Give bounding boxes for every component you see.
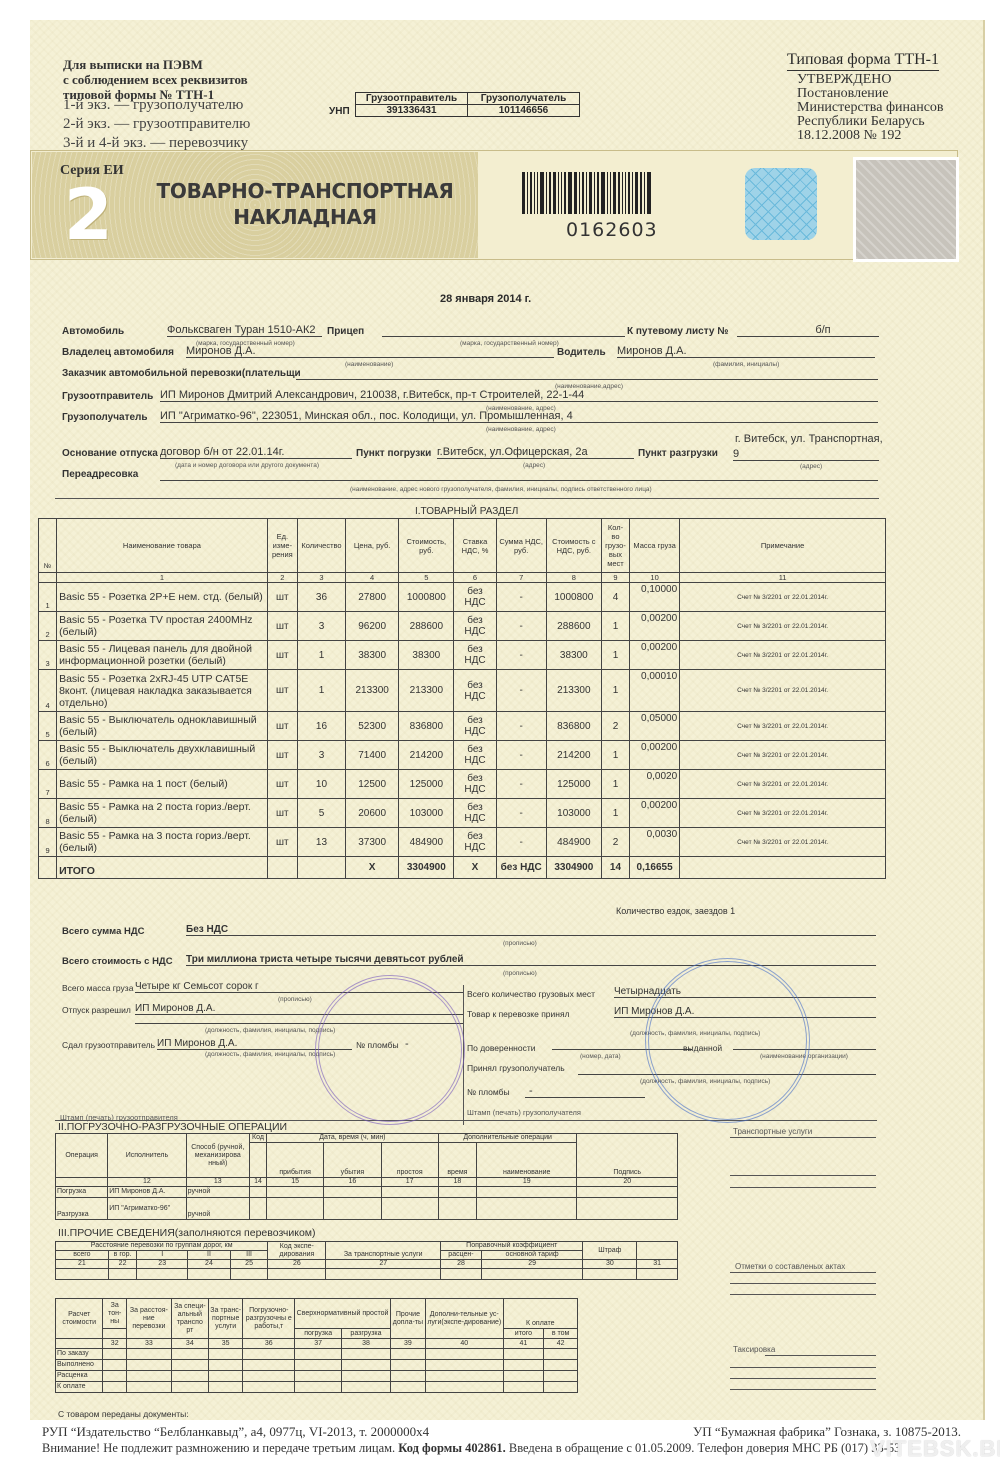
table-cell — [503, 1382, 544, 1393]
table-cell — [544, 1360, 578, 1371]
column-header: Ставка НДС, % — [454, 519, 496, 573]
table-cell: 10 — [630, 573, 680, 583]
vehicle-field[interactable]: Фольксваген Туран 1510-АК2 — [167, 324, 322, 337]
table-cell — [208, 1382, 243, 1393]
table-cell: 36 — [243, 1339, 295, 1349]
consignee-field[interactable]: ИП "Агриматко-96", 223051, Минская обл.,… — [160, 410, 878, 423]
table-cell — [56, 1178, 108, 1187]
table-cell — [390, 1349, 425, 1360]
table-cell: Basic 55 - Рамка на 2 поста гориз./верт.… — [57, 799, 268, 828]
table-cell: 1 — [39, 583, 57, 612]
table-cell: 0,00200 — [630, 641, 680, 670]
goods-header-row: №Наименование товараЕд. изме-ренияКоличе… — [39, 519, 886, 573]
table-cell: 288600 — [399, 612, 454, 641]
table-cell: 35 — [208, 1339, 243, 1349]
table-row: Расценка — [56, 1371, 578, 1382]
table-cell: без НДС — [454, 799, 496, 828]
table-cell — [103, 1360, 127, 1371]
table-cell: 1 — [601, 670, 629, 712]
table-cell: 9 — [601, 573, 629, 583]
table-cell — [126, 1371, 171, 1382]
table-cell: 20600 — [346, 799, 399, 828]
table-cell: 34 — [171, 1339, 208, 1349]
basis-field[interactable]: договор б/н от 22.01.14г. — [160, 446, 352, 459]
table-cell: 1 — [297, 670, 345, 712]
table-cell: - — [496, 770, 546, 799]
table-cell: 22 — [108, 1260, 136, 1269]
table-cell: шт — [267, 741, 297, 770]
table-cell — [297, 857, 345, 879]
table-cell: 0,00200 — [630, 741, 680, 770]
table-cell: 4 — [601, 583, 629, 612]
table-row: 4Basic 55 - Розетка 2xRJ-45 UTP CAT5E 8к… — [39, 670, 886, 712]
table-cell — [544, 1371, 578, 1382]
footer-warning: Внимание! Не подлежит размножению и пере… — [42, 1441, 900, 1456]
table-cell: без НДС — [454, 583, 496, 612]
table-cell: 6 — [454, 573, 496, 583]
table-cell — [39, 857, 57, 879]
table-cell: 8 — [39, 799, 57, 828]
table-cell — [544, 1349, 578, 1360]
table-cell: 0,00200 — [630, 799, 680, 828]
table-cell — [425, 1349, 503, 1360]
table-cell: 9 — [39, 828, 57, 857]
redirect-field[interactable] — [160, 467, 878, 481]
table-cell: Basic 55 - Выключатель одноклавишный (бе… — [57, 712, 268, 741]
table-cell: Basic 55 - Розетка 2P+E нем. стд. (белый… — [57, 583, 268, 612]
waybill-field[interactable]: б/п — [737, 324, 879, 337]
table-cell: 213300 — [546, 670, 601, 712]
operations-column-numbers: 121314151617181920 — [56, 1178, 678, 1187]
table-cell: 28 — [441, 1260, 482, 1269]
table-cell: Basic 55 - Рамка на 3 поста гориз./верт.… — [57, 828, 268, 857]
document-date: 28 января 2014 г. — [440, 293, 531, 305]
table-cell: 38300 — [399, 641, 454, 670]
table-cell — [342, 1382, 391, 1393]
table-cell — [295, 1360, 342, 1371]
trailer-field[interactable] — [382, 324, 625, 337]
table-cell: без НДС — [454, 712, 496, 741]
table-cell — [390, 1371, 425, 1382]
column-header: Стоимость, руб. — [399, 519, 454, 573]
table-cell — [126, 1349, 171, 1360]
goods-column-numbers: 1234567891011 — [39, 573, 886, 583]
table-cell: - — [496, 828, 546, 857]
column-header: Количество — [297, 519, 345, 573]
table-cell — [126, 1360, 171, 1371]
divider — [55, 498, 879, 499]
column-header: Примечание — [680, 519, 886, 573]
table-cell: - — [496, 712, 546, 741]
table-cell: - — [496, 612, 546, 641]
table-cell: без НДС — [454, 741, 496, 770]
table-cell — [390, 1382, 425, 1393]
table-cell — [390, 1360, 425, 1371]
table-cell — [425, 1382, 503, 1393]
copy-number: 2 — [64, 180, 113, 250]
barcode — [522, 172, 653, 214]
table-cell: 214200 — [399, 741, 454, 770]
table-cell: шт — [267, 641, 297, 670]
table-cell: 1000800 — [399, 583, 454, 612]
table-cell: 5 — [39, 712, 57, 741]
table-cell: 836800 — [546, 712, 601, 741]
table-cell — [208, 1360, 243, 1371]
table-cell — [243, 1349, 295, 1360]
table-cell: 36 — [297, 583, 345, 612]
table-cell — [425, 1360, 503, 1371]
table-cell: 3 — [297, 612, 345, 641]
table-cell: 1 — [297, 641, 345, 670]
owner-field[interactable]: Миронов Д.А. — [186, 345, 554, 358]
table-cell: 0,16655 — [630, 857, 680, 879]
table-cell — [243, 1371, 295, 1382]
table-row: 2Basic 55 - Розетка TV простая 2400MHz (… — [39, 612, 886, 641]
table-cell: 16 — [297, 712, 345, 741]
table-cell: Счет № 3/2201 от 22.01.2014г. — [680, 641, 886, 670]
table-cell: без НДС — [454, 670, 496, 712]
column-header: Кол-во грузо-вых мест — [601, 519, 629, 573]
table-row: Разгрузка ИП "Агриматко-96" ручной — [56, 1198, 678, 1220]
table-cell — [267, 857, 297, 879]
table-cell: 18 — [438, 1178, 476, 1187]
table-cell: Расценка — [56, 1371, 103, 1382]
table-cell: 3 — [39, 641, 57, 670]
consignee-unp: 101146656 — [468, 105, 580, 117]
table-cell: 19 — [476, 1178, 576, 1187]
table-cell — [342, 1360, 391, 1371]
table-cell: без НДС — [454, 770, 496, 799]
total-row: ИТОГОX3304900Xбез НДС3304900140,16655 — [39, 857, 886, 879]
table-cell: 37300 — [346, 828, 399, 857]
shipper-field[interactable]: ИП Миронов Дмитрий Александрович, 210038… — [160, 389, 878, 402]
table-cell — [243, 1382, 295, 1393]
table-cell: 30 — [583, 1260, 637, 1269]
table-cell: 288600 — [546, 612, 601, 641]
table-cell: Счет № 3/2201 от 22.01.2014г. — [680, 828, 886, 857]
table-cell: X — [454, 857, 496, 879]
table-cell: 213300 — [399, 670, 454, 712]
copy-distribution: 1-й экз. — грузополучателю 2-й экз. — гр… — [63, 96, 250, 153]
table-cell: Счет № 3/2201 от 22.01.2014г. — [680, 670, 886, 712]
table-cell — [171, 1382, 208, 1393]
table-cell — [171, 1371, 208, 1382]
table-cell: - — [496, 741, 546, 770]
table-cell: 29 — [481, 1260, 583, 1269]
table-cell: шт — [267, 828, 297, 857]
table-cell: - — [496, 583, 546, 612]
table-cell — [295, 1382, 342, 1393]
table-cell: 125000 — [546, 770, 601, 799]
operations-table: Операция Исполнитель Способ (ручной, мех… — [55, 1133, 678, 1220]
column-header: Наименование товара — [57, 519, 268, 573]
table-cell: шт — [267, 712, 297, 741]
table-cell — [171, 1360, 208, 1371]
table-cell — [295, 1371, 342, 1382]
table-cell: 12500 — [346, 770, 399, 799]
column-header: Стоимость с НДС, руб. — [546, 519, 601, 573]
table-row: 5Basic 55 - Выключатель одноклавишный (б… — [39, 712, 886, 741]
table-cell — [503, 1349, 544, 1360]
table-row: 8Basic 55 - Рамка на 2 поста гориз./верт… — [39, 799, 886, 828]
table-cell: Выполнено — [56, 1360, 103, 1371]
table-cell: 96200 — [346, 612, 399, 641]
other-section-title: III.ПРОЧИЕ СВЕДЕНИЯ(заполняются перевозч… — [58, 1227, 316, 1239]
table-cell: 24 — [188, 1260, 231, 1269]
table-cell — [425, 1371, 503, 1382]
cost-calculation-table: Расчет стоимости За тон-ны За расстоя-ни… — [55, 1298, 578, 1393]
table-cell: 5 — [399, 573, 454, 583]
column-header: № — [39, 519, 57, 573]
table-cell: 2 — [601, 828, 629, 857]
table-cell: Счет № 3/2201 от 22.01.2014г. — [680, 741, 886, 770]
table-cell: 15 — [267, 1178, 324, 1187]
table-cell: 103000 — [399, 799, 454, 828]
table-cell — [103, 1349, 127, 1360]
consignee-stamp-icon — [645, 958, 810, 1123]
table-cell: 6 — [39, 741, 57, 770]
table-cell: X — [346, 857, 399, 879]
approval-block: УТВЕРЖДЕНО Постановление Министерства фи… — [797, 73, 944, 143]
table-cell: 16 — [324, 1178, 381, 1187]
table-cell: Счет № 3/2201 от 22.01.2014г. — [680, 712, 886, 741]
customer-field[interactable] — [296, 366, 878, 380]
table-cell: 214200 — [546, 741, 601, 770]
table-cell: 0,10000 — [630, 583, 680, 612]
table-cell: 41 — [503, 1339, 544, 1349]
table-cell: 0,0020 — [630, 770, 680, 799]
table-cell — [680, 857, 886, 879]
goods-section-title: I.ТОВАРНЫЙ РАЗДЕЛ — [415, 506, 518, 517]
table-cell: 7 — [496, 573, 546, 583]
form-type-title: Типовая форма ТТН-1 — [787, 51, 939, 71]
other-info-table: Расстояние перевозки по группам дорог, к… — [55, 1241, 678, 1280]
table-cell: 26 — [268, 1260, 326, 1269]
table-cell: Basic 55 - Розетка TV простая 2400MHz (б… — [57, 612, 268, 641]
table-cell: 10 — [297, 770, 345, 799]
document-number: 0162603 — [566, 219, 658, 241]
table-cell: 38 — [342, 1339, 391, 1349]
hologram-icon — [745, 168, 817, 240]
table-cell: шт — [267, 583, 297, 612]
table-cell: - — [496, 641, 546, 670]
table-cell: 38300 — [346, 641, 399, 670]
security-watermark-icon — [853, 157, 959, 262]
table-row: 9Basic 55 - Рамка на 3 поста гориз./верт… — [39, 828, 886, 857]
table-cell — [171, 1349, 208, 1360]
table-cell — [342, 1371, 391, 1382]
table-cell: ИТОГО — [57, 857, 268, 879]
table-cell: 32 — [103, 1339, 127, 1349]
table-cell: Счет № 3/2201 от 22.01.2014г. — [680, 770, 886, 799]
table-cell: 11 — [680, 573, 886, 583]
table-cell: без НДС — [454, 641, 496, 670]
table-cell: 7 — [39, 770, 57, 799]
shipper-stamp-icon — [315, 975, 465, 1125]
table-cell — [103, 1371, 127, 1382]
table-cell: 38300 — [546, 641, 601, 670]
table-row: Погрузка ИП Миронов Д.А. ручной — [56, 1187, 678, 1198]
column-header: Ед. изме-рения — [267, 519, 297, 573]
table-cell: без НДС — [454, 828, 496, 857]
site-watermark: VITEBSK.BIZ — [870, 1436, 1000, 1462]
table-cell: 17 — [381, 1178, 438, 1187]
table-cell: - — [496, 799, 546, 828]
table-cell: Basic 55 - Выключатель двухклавишный (бе… — [57, 741, 268, 770]
column-header: Цена, руб. — [346, 519, 399, 573]
table-cell: 21 — [56, 1260, 109, 1269]
trips-count: Количество ездок, заездов 1 — [616, 906, 735, 916]
table-cell: 3 — [297, 741, 345, 770]
table-cell: 0,05000 — [630, 712, 680, 741]
table-cell: без НДС — [454, 612, 496, 641]
table-row: 7Basic 55 - Рамка на 1 пост (белый)шт101… — [39, 770, 886, 799]
table-cell: 23 — [137, 1260, 188, 1269]
goods-table: №Наименование товараЕд. изме-ренияКоличе… — [38, 518, 886, 879]
table-row: Выполнено — [56, 1360, 578, 1371]
table-cell: 2 — [39, 612, 57, 641]
table-cell: 1 — [601, 770, 629, 799]
table-cell — [243, 1360, 295, 1371]
table-cell: 4 — [39, 670, 57, 712]
table-cell: 27 — [326, 1260, 441, 1269]
table-cell: 4 — [346, 573, 399, 583]
table-cell: По заказу — [56, 1349, 103, 1360]
table-cell: 27800 — [346, 583, 399, 612]
table-cell — [208, 1349, 243, 1360]
table-row: 3Basic 55 - Лицевая панель для двойной и… — [39, 641, 886, 670]
table-cell: Basic 55 - Лицевая панель для двойной ин… — [57, 641, 268, 670]
table-cell: Счет № 3/2201 от 22.01.2014г. — [680, 799, 886, 828]
table-cell: 3304900 — [399, 857, 454, 879]
table-cell: 52300 — [346, 712, 399, 741]
table-cell: 836800 — [399, 712, 454, 741]
table-cell: 0,0030 — [630, 828, 680, 857]
document-title: ТОВАРНО-ТРАНСПОРТНАЯ НАКЛАДНАЯ — [135, 178, 475, 230]
table-cell: шт — [267, 612, 297, 641]
table-cell: Basic 55 - Рамка на 1 пост (белый) — [57, 770, 268, 799]
table-row: По заказу — [56, 1349, 578, 1360]
table-cell: 33 — [126, 1339, 171, 1349]
table-cell: 2 — [267, 573, 297, 583]
table-cell — [295, 1349, 342, 1360]
table-cell: 125000 — [399, 770, 454, 799]
table-cell: 213300 — [346, 670, 399, 712]
table-cell: 13 — [186, 1178, 249, 1187]
table-cell: Basic 55 - Розетка 2xRJ-45 UTP CAT5E 8ко… — [57, 670, 268, 712]
table-cell: 14 — [601, 857, 629, 879]
table-row: 1Basic 55 - Розетка 2P+E нем. стд. (белы… — [39, 583, 886, 612]
table-cell — [56, 1339, 103, 1349]
table-cell: Счет № 3/2201 от 22.01.2014г. — [680, 612, 886, 641]
loading-point-field[interactable]: г.Витебск, ул.Офицерская, 2а — [437, 446, 634, 459]
table-cell: 8 — [546, 573, 601, 583]
table-cell: 1 — [601, 641, 629, 670]
unp-table: ГрузоотправительГрузополучатель 39133643… — [355, 92, 580, 117]
operations-section-title: II.ПОГРУЗОЧНО-РАЗГРУЗОЧНЫЕ ОПЕРАЦИИ — [58, 1121, 287, 1133]
table-cell: 37 — [295, 1339, 342, 1349]
table-cell: - — [496, 670, 546, 712]
table-cell: 13 — [297, 828, 345, 857]
table-cell — [208, 1371, 243, 1382]
seal2-field[interactable]: - — [525, 1085, 645, 1098]
table-cell: 1 — [57, 573, 268, 583]
table-cell: 484900 — [546, 828, 601, 857]
table-cell: 2 — [601, 712, 629, 741]
table-row: 6Basic 55 - Выключатель двухклавишный (б… — [39, 741, 886, 770]
table-cell: 3304900 — [546, 857, 601, 879]
unloading-point-field[interactable]: 9 — [733, 448, 879, 461]
table-cell: К оплате — [56, 1382, 103, 1393]
table-cell: 1 — [601, 741, 629, 770]
table-cell: 71400 — [346, 741, 399, 770]
vat-total-field[interactable]: Без НДС — [186, 924, 876, 936]
table-cell: 14 — [249, 1178, 266, 1187]
table-cell — [126, 1382, 171, 1393]
table-cell: 25 — [230, 1260, 268, 1269]
table-cell: без НДС — [496, 857, 546, 879]
table-cell: Счет № 3/2201 от 22.01.2014г. — [680, 583, 886, 612]
shipper-unp: 391336431 — [356, 105, 468, 117]
table-cell: шт — [267, 770, 297, 799]
table-cell: 39 — [390, 1339, 425, 1349]
table-row: К оплате — [56, 1382, 578, 1393]
table-cell: 484900 — [399, 828, 454, 857]
table-cell: 40 — [425, 1339, 503, 1349]
table-cell: 1 — [601, 799, 629, 828]
table-cell: 1000800 — [546, 583, 601, 612]
table-cell: 12 — [108, 1178, 186, 1187]
table-cell: 0,00200 — [630, 612, 680, 641]
printer-imprint: РУП “Издательство “Белбланкавыд”, а4, 09… — [42, 1424, 429, 1440]
table-cell: 103000 — [546, 799, 601, 828]
table-cell — [39, 573, 57, 583]
cost-total-field[interactable]: Три миллиона триста четыре тысячи девять… — [186, 954, 876, 966]
table-cell: 20 — [577, 1178, 678, 1187]
table-cell: 42 — [544, 1339, 578, 1349]
table-cell: 5 — [297, 799, 345, 828]
table-cell: 0,00010 — [630, 670, 680, 712]
table-cell: 1 — [601, 612, 629, 641]
table-cell — [103, 1382, 127, 1393]
table-cell — [503, 1371, 544, 1382]
column-header: Сумма НДС, руб. — [496, 519, 546, 573]
column-header: Масса груза — [630, 519, 680, 573]
table-cell: 31 — [637, 1260, 678, 1269]
table-cell: 3 — [297, 573, 345, 583]
table-cell — [503, 1360, 544, 1371]
table-cell — [342, 1349, 391, 1360]
driver-field[interactable]: Миронов Д.А. — [617, 345, 875, 358]
unp-label: УНП — [329, 106, 350, 117]
table-cell — [544, 1382, 578, 1393]
table-cell: шт — [267, 799, 297, 828]
table-cell: шт — [267, 670, 297, 712]
